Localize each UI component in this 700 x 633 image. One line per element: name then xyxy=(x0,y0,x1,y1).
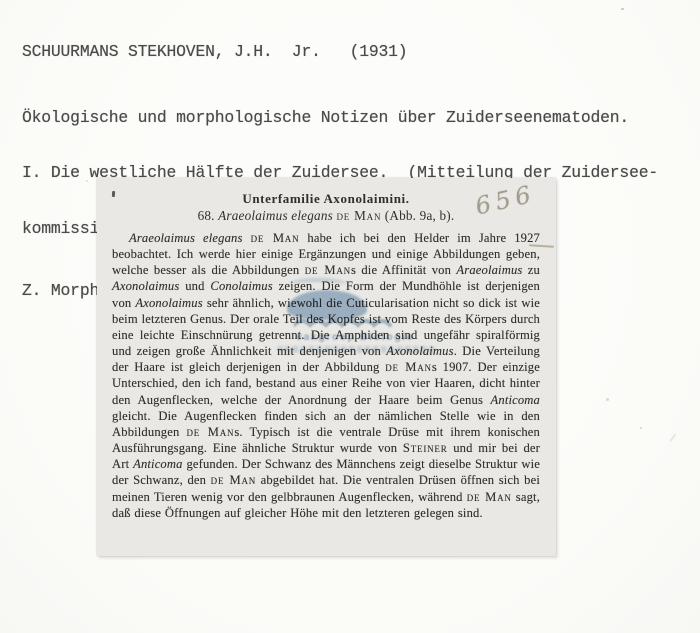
title-line-1: Ökologische und morphologische Notizen ü… xyxy=(22,109,658,128)
dust-speck xyxy=(621,8,624,10)
ink-tick-mark xyxy=(112,191,115,197)
scanned-index-card: SCHUURMANS STEKHOVEN, J.H. Jr. (1931) Ök… xyxy=(0,0,700,633)
dust-speck xyxy=(86,180,88,182)
species-description-paragraph: Araeolaimus elegans de Man habe ich bei … xyxy=(112,230,540,521)
author-year-line: SCHUURMANS STEKHOVEN, J.H. Jr. (1931) xyxy=(22,43,658,62)
dust-speck xyxy=(640,427,642,429)
dust-speck xyxy=(606,398,609,401)
pasted-clipping: Unterfamilie Axonolaimini. 68. Araeolaim… xyxy=(97,178,556,556)
scratch-mark xyxy=(669,433,676,441)
